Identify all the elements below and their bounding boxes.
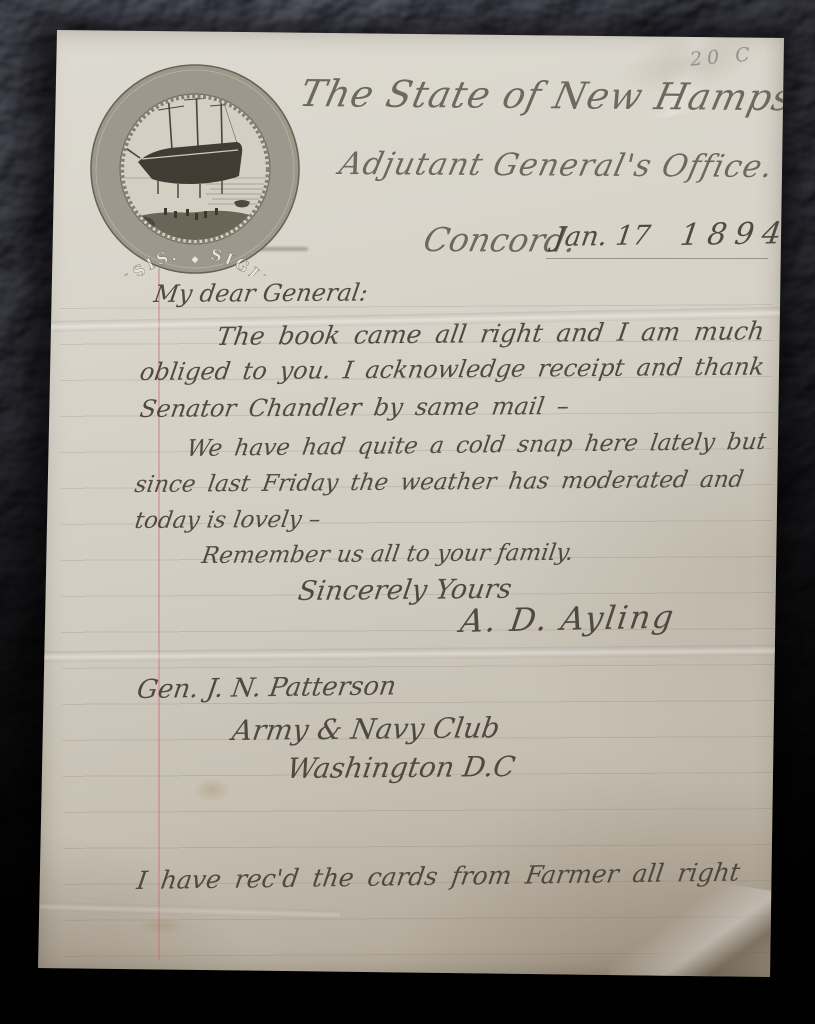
paper-stain <box>194 778 230 802</box>
body-line: today is lovely – <box>133 507 322 534</box>
body-line: Remember us all to your family. <box>200 540 575 569</box>
photo-of-letter: SIGILLUM REIPUBLICÆ NEO HANTONIENSIS. ◆ <box>0 0 815 1024</box>
signature: A. D. Ayling <box>458 598 678 640</box>
date-rule-line <box>546 258 768 259</box>
paper-stain <box>136 918 188 934</box>
letterhead-line1: The State of New Hampshire <box>296 72 815 120</box>
body-line: obliged to you. I acknowledge receipt an… <box>138 353 766 386</box>
handwritten-date: Jan. 17 <box>552 220 652 253</box>
recipient-name: Gen. J. N. Patterson <box>135 671 398 705</box>
salutation: My dear General: <box>152 279 370 308</box>
letter-paper: SIGILLUM REIPUBLICÆ NEO HANTONIENSIS. ◆ <box>0 0 815 1024</box>
recipient-city: Washington D.C <box>285 750 517 785</box>
letterhead-line2: Adjutant General's Office. <box>336 146 777 185</box>
handwritten-year: 1894 <box>678 216 792 253</box>
seal-diamond-ornament: ◆ <box>192 255 199 265</box>
state-seal: SIGILLUM REIPUBLICÆ NEO HANTONIENSIS. ◆ <box>88 62 302 276</box>
body-line: The book came all right and I am much <box>215 316 766 351</box>
body-line: since last Friday the weather has modera… <box>133 467 745 498</box>
body-line: Senator Chandler by same mail – <box>138 392 571 423</box>
recipient-org: Army & Navy Club <box>230 711 502 747</box>
